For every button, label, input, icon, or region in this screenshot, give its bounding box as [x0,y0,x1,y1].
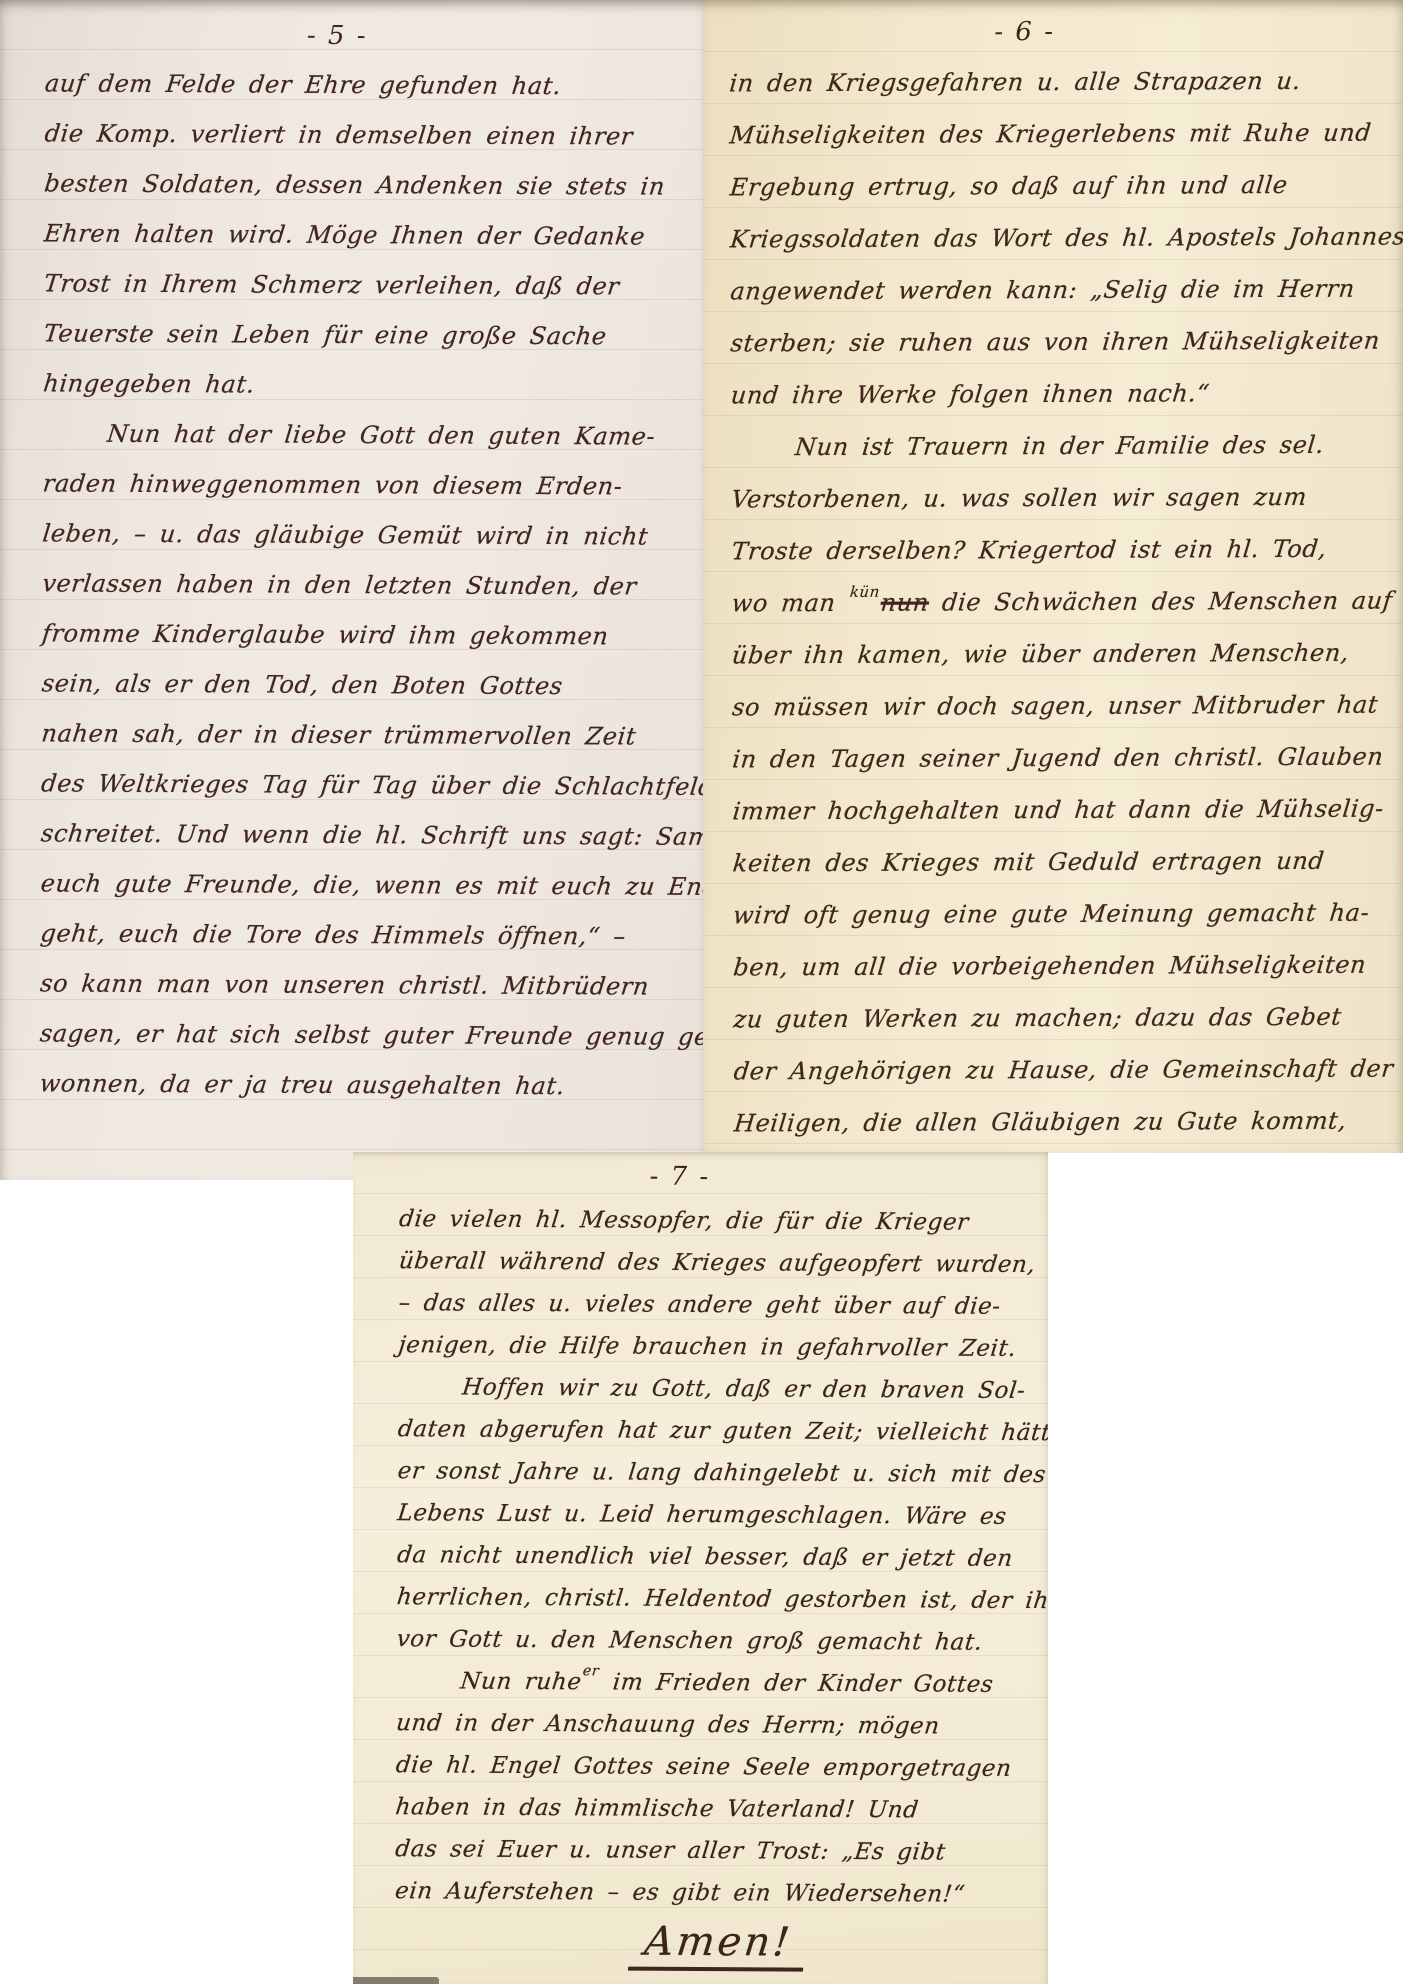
handwriting-line: Teuerste sein Leben für eine große Sache [41,308,703,361]
page-6-content: - 6 - in den Kriegsgefahren u. alle Stra… [703,0,1403,1150]
handwriting-line: und ihre Werke folgen ihnen nach.“ [728,366,1397,421]
handwriting-line: so müssen wir doch sagen, unser Mitbrude… [730,678,1399,733]
handwriting-line: wonnen, da er ja treu ausgehalten hat. [37,1058,700,1111]
handwriting-line: nahen sah, der in dieser trümmervollen Z… [39,708,702,761]
page-6-handwriting: in den Kriegsgefahren u. alle Strapazen … [727,55,1396,1150]
handwriting-line: immer hochgehalten und hat dann die Mühs… [730,782,1399,837]
handwriting-line: er sonst Jahre u. lang dahingelebt u. si… [395,1450,1045,1496]
handwriting-line: leben, – u. das gläubige Gemüt wird in n… [40,508,703,561]
handwriting-line: Heiligen, die allen Gläubigen zu Gute ko… [732,1094,1401,1149]
handwriting-line: des Weltkrieges Tag für Tag über die Sch… [39,758,702,811]
page-5-number: - 5 - [9,14,666,61]
handwriting-line: Troste derselben? Kriegertod ist ein hl.… [729,522,1398,577]
handwriting-line: Nun ist Trauern in der Familie des sel. [729,418,1398,473]
handwriting-line: fromme Kinderglaube wird ihm gekommen [39,608,702,661]
handwriting-line: Mühseligkeiten des Kriegerlebens mit Ruh… [727,106,1396,161]
page-5-content: - 5 - auf dem Felde der Ehre gefunden ha… [0,0,703,1112]
handwriting-line: ein Auferstehen – es gibt ein Wiedersehe… [393,1870,1043,1916]
handwriting-line: sagen, er hat sich selbst guter Freunde … [37,1008,700,1061]
page-7-number: - 7 - [357,1156,1002,1202]
handwriting-line: und in der Anschauung des Herrn; mögen [394,1702,1044,1748]
handwriting-line: herrlichen, christl. Heldentod gestorben… [395,1576,1045,1622]
handwriting-line: überall während des Krieges aufgeopfert … [397,1240,1047,1286]
handwriting-line: der Angehörigen zu Hause, die Gemeinscha… [731,1042,1400,1097]
handwriting-line: schreitet. Und wenn die hl. Schrift uns … [38,808,701,861]
handwriting-line: die Komp. verliert in demselben einen ih… [42,108,703,161]
manuscript-scan-composite: - 5 - auf dem Felde der Ehre gefunden ha… [0,0,1403,1984]
handwriting-line: besten Soldaten, dessen Andenken sie ste… [42,158,703,211]
handwriting-line: – das alles u. vieles andere geht über a… [396,1282,1046,1328]
handwriting-line: so kann man von unseren christl. Mitbrüd… [38,958,701,1011]
handwriting-line: wo man künnun die Schwächen des Menschen… [729,574,1398,629]
handwriting-line: Nun hat der liebe Gott den guten Kame- [41,408,703,461]
handwriting-line: Lebens Lust u. Leid herumgeschlagen. Wär… [395,1492,1045,1538]
page-6-scan: - 6 - in den Kriegsgefahren u. alle Stra… [703,0,1403,1153]
handwriting-line: euch gute Freunde, die, wenn es mit euch… [38,858,701,911]
handwriting-line: die vielen hl. Messopfer, die für die Kr… [397,1198,1047,1244]
handwriting-line: hingegeben hat. [41,358,703,411]
handwriting-line: wird oft genug eine gute Meinung gemacht… [731,886,1400,941]
handwriting-line: in den Tagen seiner Jugend den christl. … [730,730,1399,785]
handwriting-line: geht, euch die Tore des Himmels öffnen,“… [38,908,701,961]
page-6-number: - 6 - [703,11,1357,58]
handwriting-line: verlassen haben in den letzten Stunden, … [40,558,703,611]
handwriting-line: in den Kriegsgefahren u. alle Strapazen … [727,54,1396,109]
handwriting-line: über ihn kamen, wie über anderen Mensche… [729,626,1398,681]
handwriting-line: Nun ruheer im Frieden der Kinder Gottes [394,1660,1044,1706]
handwriting-line: sein, als er den Tod, den Boten Gottes [39,658,702,711]
handwriting-line: angewendet werden kann: „Selig die im He… [728,262,1397,317]
handwriting-line: die hl. Engel Gottes seine Seele emporge… [394,1744,1044,1790]
handwriting-line: Trost in Ihrem Schmerz verleihen, daß de… [41,258,703,311]
handwriting-line: auf dem Felde der Ehre gefunden hat. [42,58,703,111]
handwriting-line: vor Gott u. den Menschen groß gemacht ha… [394,1618,1044,1664]
amen-closing: Amen! [392,1912,1044,1976]
scan-edge-shadow [353,1977,439,1984]
handwriting-line: jenigen, die Hilfe brauchen in gefahrvol… [396,1324,1046,1370]
handwriting-line: keiten des Krieges mit Geduld ertragen u… [730,834,1399,889]
handwriting-line: raden hinweggenommen von diesem Erden- [40,458,703,511]
handwriting-line: Ehren halten wird. Möge Ihnen der Gedank… [42,208,703,261]
page-7-content: - 7 - die vielen hl. Messopfer, die für … [353,1152,1048,1976]
page-5-scan: - 5 - auf dem Felde der Ehre gefunden ha… [0,0,703,1180]
handwriting-line: da nicht unendlich viel besser, daß er j… [395,1534,1045,1580]
page-5-handwriting: auf dem Felde der Ehre gefunden hat.die … [37,58,699,1111]
handwriting-line: Kriegssoldaten das Wort des hl. Apostels… [728,210,1397,265]
handwriting-line: daten abgerufen hat zur guten Zeit; viel… [396,1408,1046,1454]
handwriting-line: Ergebung ertrug, so daß auf ihn und alle [727,158,1396,213]
handwriting-line: haben in das himmlische Vaterland! Und [393,1786,1043,1832]
handwriting-line: Verstorbenen, u. was sollen wir sagen zu… [729,470,1398,525]
handwriting-line: sterben; sie ruhen aus von ihren Mühseli… [728,314,1397,369]
handwriting-line: Hoffen wir zu Gott, daß er den braven So… [396,1366,1046,1412]
handwriting-line: zu guten Werken zu machen; dazu das Gebe… [731,990,1400,1045]
page-7-scan: - 7 - die vielen hl. Messopfer, die für … [353,1152,1048,1984]
page-7-handwriting: die vielen hl. Messopfer, die für die Kr… [392,1198,1042,1976]
handwriting-line: ben, um all die vorbeigehenden Mühseligk… [731,938,1400,993]
handwriting-line: das sei Euer u. unser aller Trost: „Es g… [393,1828,1043,1874]
